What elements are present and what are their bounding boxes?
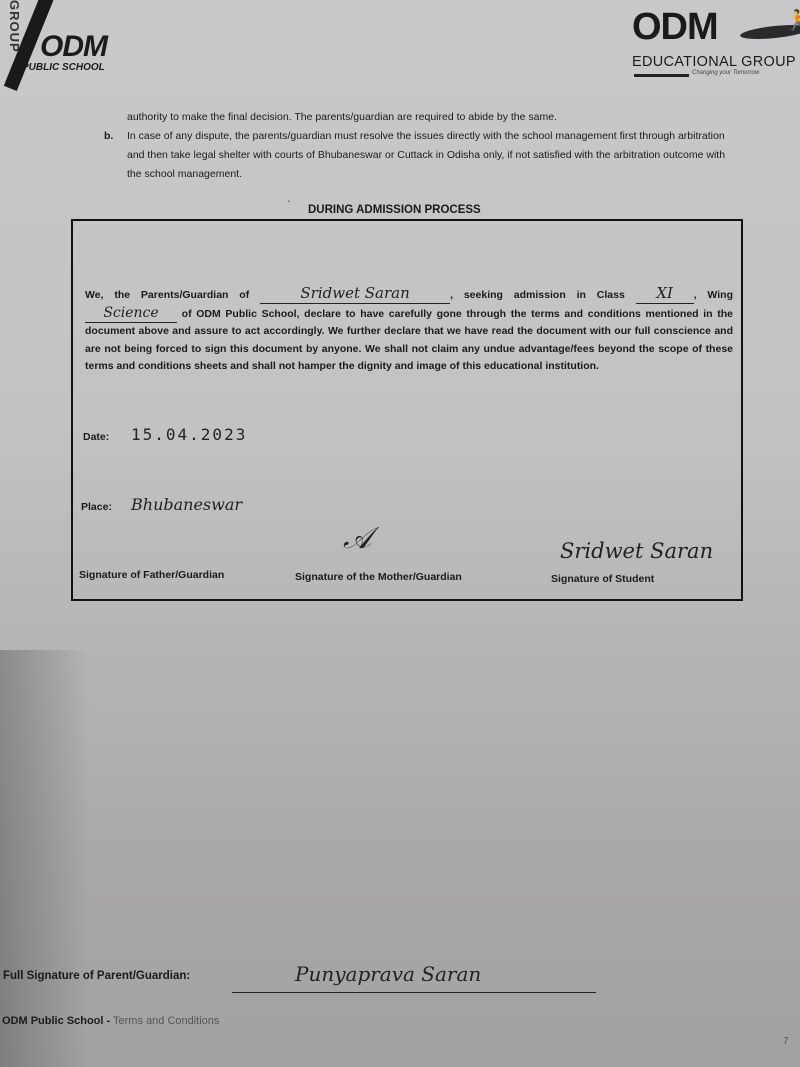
section-heading: DURING ADMISSION PROCESS <box>308 204 481 216</box>
full-signature-label: Full Signature of Parent/Guardian: <box>3 970 190 982</box>
decl-part1: We, the Parents/Guardian of <box>85 289 249 301</box>
item-b-text: In case of any dispute, the parents/guar… <box>127 127 742 184</box>
paper-shadow <box>0 650 90 1067</box>
decl-part2: , seeking admission in Class <box>450 289 625 301</box>
place-field[interactable]: Bhubaneswar <box>131 495 242 514</box>
document-footer: ODM Public School - Terms and Conditions <box>2 1015 219 1027</box>
full-signature-line <box>232 992 596 993</box>
father-signature-label: Signature of Father/Guardian <box>79 569 224 581</box>
wing-field[interactable]: Science <box>85 305 177 324</box>
student-name-field[interactable]: Sridwet Saran <box>260 285 450 304</box>
terms-continuation: authority to make the final decision. Th… <box>127 108 557 127</box>
declaration-box: We, the Parents/Guardian of Sridwet Sara… <box>71 219 743 601</box>
stray-mark: ` <box>287 200 290 211</box>
footer-bold: ODM Public School - <box>2 1015 110 1027</box>
page-number: 7 <box>783 1036 789 1047</box>
student-signature-label: Signature of Student <box>551 573 654 585</box>
mother-signature-label: Signature of the Mother/Guardian <box>295 571 462 583</box>
runner-icon: 🏃 <box>785 8 800 33</box>
decl-part3: , <box>694 289 697 301</box>
logo-underline <box>634 74 689 77</box>
odm-educational-group-logo: ODM 🏃 EDUCATIONAL GROUP Changing your To… <box>630 6 800 86</box>
declaration-text: We, the Parents/Guardian of Sridwet Sara… <box>85 285 733 376</box>
footer-light: Terms and Conditions <box>113 1015 219 1027</box>
class-field[interactable]: XI <box>636 285 694 304</box>
mother-signature-mark: 𝒜 <box>343 521 371 556</box>
full-signature-field[interactable]: Punyaprava Saran <box>295 962 481 986</box>
student-signature: Sridwet Saran <box>560 539 713 563</box>
logo-left-subtitle: PUBLIC SCHOOL <box>22 62 105 73</box>
logo-tagline: Changing your Tomorrow <box>692 70 759 76</box>
logo-right-subtitle: EDUCATIONAL GROUP <box>632 54 796 70</box>
date-label: Date: <box>83 431 109 443</box>
odm-public-school-logo: GROUP ODM PUBLIC SCHOOL <box>0 0 110 90</box>
place-label: Place: <box>81 501 112 513</box>
item-b-label: b. <box>104 127 113 146</box>
decl-part4: of ODM Public School, declare to have ca… <box>85 308 733 373</box>
date-field[interactable]: 15.04.2023 <box>131 425 247 444</box>
wing-label: Wing <box>707 289 733 301</box>
logo-side-text: GROUP <box>0 0 22 80</box>
logo-left-name: ODM <box>40 30 107 64</box>
logo-right-name: ODM <box>632 6 718 49</box>
